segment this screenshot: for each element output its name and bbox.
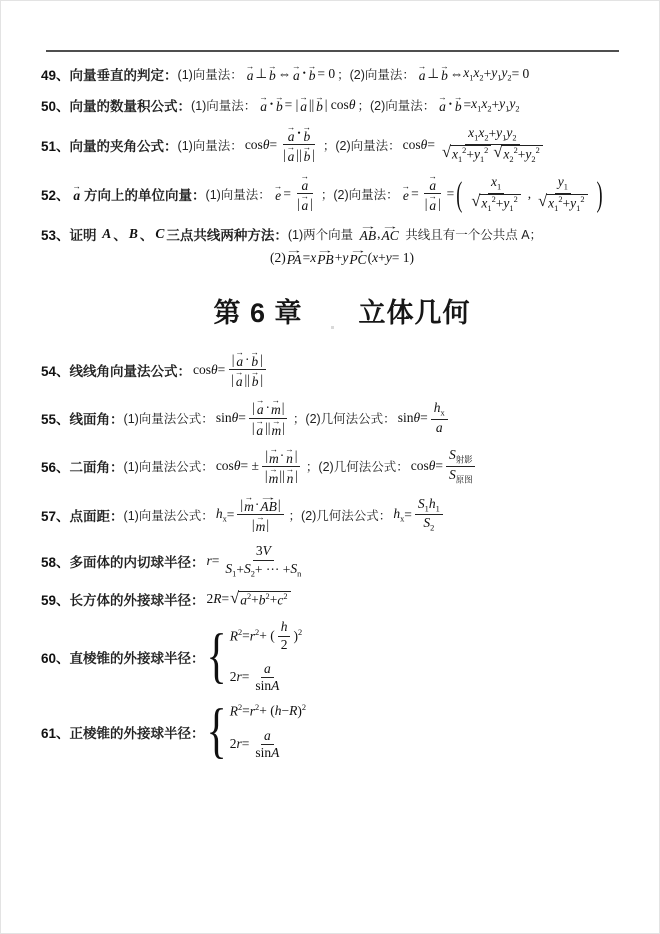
- item-label: 长方体的外接球半径：: [70, 589, 205, 609]
- math-text: |: [425, 196, 428, 212]
- math-superscript: 2: [302, 703, 306, 712]
- formula-item-row: 52、→a方向上的单位向量：(1)向量法：→e = →a|→a|；(2)向量法：…: [41, 174, 643, 214]
- math-base: |: [278, 497, 281, 512]
- math-base: 2: [230, 669, 237, 684]
- math-text: +: [466, 147, 474, 163]
- math-text: y2: [509, 96, 519, 114]
- fraction-denominator: sin A: [252, 745, 282, 761]
- math-text: x2: [473, 65, 483, 83]
- fraction: hxa: [431, 400, 448, 436]
- vector-base: a: [293, 69, 300, 83]
- formula-item-57: 57、点面距：(1)向量法公式：hx = |→m · →AB||→m|；(2)几…: [41, 495, 643, 534]
- vector-PC: →PC: [349, 248, 366, 267]
- math-base: θ: [349, 97, 356, 112]
- math-text: S1: [225, 561, 236, 580]
- math-subscript: 2: [531, 155, 535, 164]
- math-text: ⊥: [255, 66, 267, 82]
- math-base: ⊥: [427, 66, 439, 81]
- item-text: ；(2)向量法：: [357, 96, 435, 114]
- vector-base: m: [269, 472, 279, 486]
- math-text: cos: [193, 362, 211, 378]
- fraction-denominator: √x12 + y12√x22 + y22: [438, 145, 547, 165]
- formula-item-55: 55、线面角：(1)向量法公式：sin θ = |→a · →m||→a||→m…: [41, 398, 643, 437]
- item-label: 多面体的内切球半径：: [70, 551, 205, 571]
- math-text: θ: [234, 458, 241, 474]
- math-text: (2): [270, 250, 286, 266]
- math-base: |: [312, 147, 315, 162]
- math-text: x12: [548, 195, 562, 214]
- math-text: S原图: [449, 467, 472, 486]
- formula-item-51: 51、向量的夹角公式：(1)向量法：cos θ= →a•→b|→a||→b|；(…: [41, 125, 643, 165]
- vector-e: →e: [274, 184, 283, 203]
- formula: {R2 = r2 + (h2)22r = asin A: [207, 619, 303, 694]
- math-text: |: [231, 372, 234, 388]
- formula-item-row: (2) →PA = x→PB + y→PC(x + y = 1): [41, 248, 643, 267]
- math-text: θ: [349, 97, 356, 113]
- math-text: y1: [558, 174, 568, 193]
- math-text: ||: [279, 468, 284, 484]
- math-base: +: [236, 562, 244, 577]
- vector-base: a: [256, 424, 263, 438]
- math-base: + (: [259, 628, 274, 643]
- math-base: =: [242, 703, 250, 718]
- formula-item-58: 58、多面体的内切球半径：r = 3VS1 + S2 + ··· + Sn: [41, 543, 643, 579]
- vector-base: m: [256, 520, 266, 534]
- item-number: 59、: [41, 589, 70, 609]
- math-text: A: [271, 745, 279, 761]
- brace-icon: {: [207, 702, 227, 763]
- item-label-text: 向量垂直的判定：: [70, 64, 178, 84]
- math-base: cos: [411, 458, 429, 473]
- formula: sin θ = |→a · →m||→a||→m|: [216, 398, 291, 437]
- math-base: |: [310, 196, 313, 211]
- math-text: x2: [478, 125, 488, 144]
- vector-base: a: [300, 100, 307, 114]
- math-text: B: [129, 226, 138, 242]
- formula: C: [155, 226, 164, 242]
- item-label-text: 线面角：: [70, 408, 124, 428]
- math-base: h: [216, 506, 223, 521]
- math-text: A: [271, 678, 279, 694]
- math-text: =: [212, 553, 220, 569]
- fraction-denominator: √x12 + y12: [467, 194, 524, 214]
- item-number: 54、: [41, 360, 70, 380]
- formula: hx = S1h1S2: [393, 496, 445, 534]
- math-base: R: [230, 628, 238, 643]
- math-text: 2: [230, 736, 237, 752]
- math-base: θ: [413, 410, 420, 425]
- item-number: 52、: [41, 184, 70, 204]
- math-text: =: [242, 703, 250, 719]
- formula: r = 3VS1 + S2 + ··· + Sn: [207, 543, 308, 579]
- math-base: R: [289, 703, 297, 718]
- math-base: S: [449, 447, 456, 462]
- item-label: →a方向上的单位向量：: [70, 184, 206, 204]
- formula: hx = |→m · →AB||→m|: [216, 495, 287, 534]
- formula: →a•→b = |→a||→b| cos θ: [258, 95, 355, 114]
- vector-e: →e: [402, 184, 411, 203]
- fraction-numerator: S1h1: [415, 496, 443, 516]
- math-base: A: [102, 226, 111, 241]
- math-superscript: 2: [514, 195, 518, 204]
- math-text: sin: [216, 410, 232, 426]
- math-text: + (: [259, 703, 274, 719]
- math-base: =: [283, 186, 291, 201]
- math-base: θ: [421, 137, 428, 152]
- math-text: =: [242, 669, 250, 685]
- vector-base: m: [244, 500, 254, 514]
- math-base: ,: [528, 186, 531, 201]
- math-base: = 0: [317, 66, 335, 81]
- math-text: Sn: [290, 561, 301, 580]
- math-base: =: [420, 410, 428, 425]
- math-text: y12: [570, 195, 584, 214]
- fraction: |→m · →AB||→m|: [237, 495, 283, 534]
- vector-arrow-icon: →: [349, 248, 367, 253]
- math-text: =: [427, 137, 435, 153]
- vector-base: n: [287, 472, 294, 486]
- vector-base: PC: [349, 253, 366, 267]
- item-label-text: 向量的夹角公式：: [70, 135, 178, 155]
- math-text: S射影: [449, 447, 472, 466]
- math-base: =: [435, 458, 443, 473]
- vector-base: m: [271, 424, 281, 438]
- math-base: ·: [266, 400, 271, 415]
- math-text: ·: [280, 448, 285, 464]
- cases-rows: R2 = r2 + (h2)22r = asin A: [230, 619, 302, 694]
- math-text: =: [447, 186, 455, 202]
- math-base: |: [252, 517, 255, 532]
- math-text: R: [289, 703, 297, 719]
- math-subscript: 1: [576, 204, 580, 213]
- math-text: A: [102, 226, 111, 242]
- math-text: h: [281, 619, 288, 635]
- formula: B: [129, 226, 138, 242]
- item-text: (1)向量法公式：: [124, 457, 214, 475]
- brace-icon: {: [207, 626, 227, 687]
- math-text: |: [265, 448, 268, 464]
- math-text: 2: [281, 637, 288, 653]
- vector-a: →a: [73, 184, 82, 203]
- item-number: 56、: [41, 456, 70, 476]
- fraction-numerator: a: [261, 661, 274, 678]
- vector-base: AB: [360, 229, 377, 243]
- fraction: x1x2 + y1y2√x12 + y12√x22 + y22: [438, 125, 547, 165]
- math-base: ·: [245, 352, 250, 367]
- math-base: C: [155, 226, 164, 241]
- item-label: 二面角：: [70, 456, 124, 476]
- vector-base: a: [247, 69, 254, 83]
- math-text: r2: [250, 628, 259, 645]
- formula-item-row: 56、二面角：(1)向量法公式：cos θ = ±|→m · →n||→m||→…: [41, 447, 643, 486]
- formula-item-row: 49、向量垂直的判定：(1)向量法：→a ⊥ →b ⇔ →a•→b = 0；(2…: [41, 63, 643, 85]
- formula: →a•→b = x1x2 + y1y2: [437, 95, 519, 114]
- math-text: |: [252, 420, 255, 436]
- math-text: y1: [499, 96, 509, 114]
- dot-operator-icon: •: [296, 129, 301, 140]
- formula: sin θ = hxa: [398, 400, 451, 436]
- math-base: =: [427, 137, 435, 152]
- math-base: +: [489, 126, 497, 141]
- math-base: |: [438, 196, 441, 211]
- math-superscript: 2: [298, 628, 302, 637]
- vector-b: →b: [251, 370, 260, 389]
- math-base: =: [218, 362, 226, 377]
- math-base: B: [129, 226, 138, 241]
- dot-operator-icon: •: [448, 100, 453, 110]
- item-text: ；(2)向量法：: [321, 185, 399, 203]
- fraction-denominator: √x12 + y12: [534, 194, 591, 214]
- math-subscript: 2: [512, 134, 516, 143]
- math-base: |: [266, 517, 269, 532]
- formula: →a: [72, 184, 83, 203]
- math-text: ·: [266, 400, 271, 416]
- radicand: x12 + y12: [546, 194, 587, 214]
- math-text: R2: [230, 628, 242, 645]
- math-base: sin: [255, 678, 271, 693]
- math-base: ·: [280, 448, 285, 463]
- formula-item-54: 54、线线角向量法公式：cos θ = |→a · →b||→a||→b|: [41, 350, 643, 389]
- item-text: ；(2)向量法：: [323, 136, 401, 154]
- vector-base: a: [419, 69, 426, 83]
- vector-b: →b: [303, 145, 312, 164]
- math-subscript: 1: [509, 204, 513, 213]
- math-text: |: [282, 400, 285, 416]
- math-text: =: [218, 362, 226, 378]
- math-text: |: [252, 400, 255, 416]
- math-base: |: [282, 420, 285, 435]
- math-text: sin: [255, 678, 271, 694]
- vector-a: →a: [287, 145, 296, 164]
- math-base: | cos: [325, 97, 349, 112]
- fraction: S1h1S2: [415, 496, 443, 534]
- formula-item-61: 61、正棱锥的外接球半径：{R2 = r2 + (h − R)22r = asi…: [41, 703, 643, 761]
- math-base: S: [449, 467, 456, 482]
- math-base: cos: [403, 137, 421, 152]
- vector-a: →a: [235, 370, 244, 389]
- math-base: ||: [279, 468, 284, 483]
- formula-item-row: 57、点面距：(1)向量法公式：hx = |→m · →AB||→m|；(2)几…: [41, 495, 643, 534]
- radicand: x12 + y12: [479, 194, 520, 214]
- item-label-text: 二面角：: [70, 456, 124, 476]
- vector-m: →m: [256, 515, 266, 534]
- math-text: ·: [245, 352, 250, 368]
- math-text: θ: [232, 410, 239, 426]
- math-text: +: [236, 562, 244, 578]
- math-text: cos: [411, 458, 429, 474]
- vector-a: →a: [256, 419, 265, 438]
- math-subscript: 1: [436, 504, 440, 513]
- math-base: h: [429, 496, 436, 511]
- math-subscript: 1: [480, 155, 484, 164]
- math-base: =: [242, 669, 250, 684]
- fraction-numerator: x1x2 + y1y2: [465, 125, 519, 145]
- item-label: 向量垂直的判定：: [70, 64, 178, 84]
- math-base: +: [251, 592, 259, 607]
- formula: cos θ = S射影S原图: [411, 447, 479, 485]
- math-text: a: [264, 661, 271, 677]
- math-text: x1: [471, 96, 481, 114]
- math-base: |: [232, 352, 235, 367]
- math-text: = |: [285, 97, 299, 113]
- math-base: +: [270, 592, 278, 607]
- math-base: ,: [377, 226, 380, 241]
- math-base: =: [411, 186, 419, 201]
- math-text: cos: [403, 137, 421, 153]
- math-base: cos: [245, 137, 263, 152]
- formula: A: [102, 226, 111, 242]
- vector-a: →a: [438, 95, 447, 114]
- item-label-text: 向量的数量积公式：: [70, 95, 192, 115]
- vector-base: PB: [317, 253, 334, 267]
- math-base: =: [447, 186, 455, 201]
- vector-AB: →AB: [360, 224, 377, 243]
- math-superscript: 2: [283, 592, 287, 601]
- math-text: =: [242, 736, 250, 752]
- item-label: 线线角向量法公式：: [70, 360, 192, 380]
- fraction: |→a · →b||→a||→b|: [228, 350, 266, 389]
- math-text: = ±: [240, 458, 258, 474]
- math-text: hx: [393, 506, 404, 524]
- formula: →a ⊥ →b ⇔ x1x2 + y1y2 = 0: [417, 64, 529, 83]
- math-text: ||: [296, 147, 301, 163]
- vector-PA: →PA: [287, 248, 302, 267]
- math-text: R2: [230, 703, 242, 720]
- formula-item-row: 50、向量的数量积公式：(1)向量法：→a•→b = |→a||→b| cos …: [41, 94, 643, 116]
- item-text: ；(2)几何法公式：: [293, 409, 396, 427]
- formula-item-row: 59、长方体的外接球半径：2R = √a2 + b2 + c2: [41, 588, 643, 610]
- math-base: + (: [259, 703, 274, 718]
- fraction: S射影S原图: [446, 447, 475, 485]
- item-label-text: 正棱锥的外接球半径：: [70, 722, 205, 742]
- fraction: →a|→a|: [422, 174, 444, 213]
- vector-base: e: [275, 189, 281, 203]
- fraction: |→m · →n||→m||→n|: [262, 447, 301, 486]
- square-root: √x22 + y22: [493, 145, 542, 165]
- chapter-heading: 第 6 章 立体几何: [41, 291, 643, 330]
- radicand: x12 + y12: [450, 145, 491, 165]
- big-paren: (: [456, 177, 462, 212]
- vector-arrow-icon: →: [381, 224, 399, 229]
- vector-base: b: [309, 69, 316, 83]
- fraction-denominator: |→a|: [294, 194, 316, 213]
- fraction-numerator: h: [278, 619, 291, 636]
- math-text: |: [232, 352, 235, 368]
- math-base: |: [252, 420, 255, 435]
- formula-item-row: 60、直棱锥的外接球半径：{R2 = r2 + (h2)22r = asin A: [41, 619, 643, 694]
- math-base: y: [342, 250, 348, 265]
- item-label-text: 三点共线两种方法：: [166, 224, 288, 244]
- math-base: +: [466, 147, 474, 162]
- square-root: √x12 + y12: [538, 194, 587, 214]
- vector-base: a: [439, 100, 446, 114]
- math-base: = 0: [512, 66, 530, 81]
- item-label: 向量的数量积公式：: [70, 95, 192, 115]
- math-text: R: [213, 591, 221, 607]
- math-base: ⊥: [255, 66, 267, 81]
- vector-arrow-icon: →: [317, 248, 335, 253]
- math-text: x12: [452, 146, 466, 165]
- vector-base: b: [455, 100, 462, 114]
- vector-PB: →PB: [317, 248, 334, 267]
- vector-a: →a: [301, 194, 310, 213]
- math-text: = 0: [317, 66, 335, 82]
- math-base: A: [271, 678, 279, 693]
- math-base: θ: [232, 410, 239, 425]
- math-subscript: 1: [564, 183, 568, 192]
- math-text: 3: [256, 543, 263, 559]
- math-text: +: [270, 592, 278, 608]
- vector-a: →a: [299, 95, 308, 114]
- math-text: | cos: [325, 97, 349, 113]
- fraction: →a•→b|→a||→b|: [280, 125, 318, 164]
- math-subscript: 1: [458, 155, 462, 164]
- math-base: |: [240, 497, 243, 512]
- math-text: + (: [259, 628, 274, 644]
- vector-base: a: [73, 189, 80, 203]
- math-base: = 1): [392, 250, 414, 265]
- math-text: y1: [496, 125, 506, 144]
- fraction: 3VS1 + S2 + ··· + Sn: [222, 543, 304, 579]
- fraction: |→a · →m||→a||→m|: [249, 398, 288, 437]
- math-text: |: [438, 196, 441, 212]
- math-base: b: [259, 592, 266, 607]
- vector-b: →b: [268, 64, 277, 83]
- math-text: x12: [481, 195, 495, 214]
- math-base: |: [295, 448, 298, 463]
- square-root: √a2 + b2 + c2: [230, 591, 290, 609]
- item-label-text: 点面距：: [70, 505, 124, 525]
- math-text: |: [252, 517, 255, 533]
- cases-row: 2r = asin A: [230, 661, 302, 694]
- math-base: |: [265, 468, 268, 483]
- math-text: ⇔: [278, 66, 292, 82]
- math-base: +: [378, 250, 386, 265]
- math-text: =: [283, 186, 291, 202]
- item-number: 55、: [41, 408, 70, 428]
- vector-base: b: [304, 150, 311, 164]
- math-text: y2: [501, 65, 511, 83]
- item-text: (1)向量法公式：: [124, 506, 214, 524]
- item-text: ；(2)几何法公式：: [306, 457, 409, 475]
- fraction-denominator: |→a|: [422, 194, 444, 213]
- math-text: |: [260, 372, 263, 388]
- square-root: √x12 + y12: [442, 145, 491, 165]
- fraction: asin A: [252, 728, 282, 761]
- math-text: sin: [398, 410, 414, 426]
- math-text: =: [222, 591, 230, 607]
- math-base: |: [260, 372, 263, 387]
- square-root: √x12 + y12: [471, 194, 520, 214]
- math-text: ||: [309, 97, 314, 113]
- formula: →AB, →AC: [359, 224, 400, 243]
- math-base: ||: [265, 420, 270, 435]
- fraction-denominator: |→m|: [249, 515, 272, 534]
- item-number: 51、: [41, 135, 70, 155]
- math-base: R: [213, 591, 221, 606]
- math-text: |: [295, 448, 298, 464]
- math-subscript: 2: [509, 155, 513, 164]
- item-text: (1)向量法：: [191, 96, 256, 114]
- item-text: (1)向量法：: [178, 136, 243, 154]
- formula: →e = →a|→a| = (x1√x12 + y12 , y1√x12 + y…: [401, 174, 605, 214]
- math-text: =: [242, 628, 250, 644]
- math-text: r2: [250, 703, 259, 720]
- math-base: |: [295, 468, 298, 483]
- item-label-text: 多面体的内切球半径：: [70, 551, 205, 571]
- math-text: c2: [277, 592, 287, 609]
- item-number: 58、: [41, 551, 70, 571]
